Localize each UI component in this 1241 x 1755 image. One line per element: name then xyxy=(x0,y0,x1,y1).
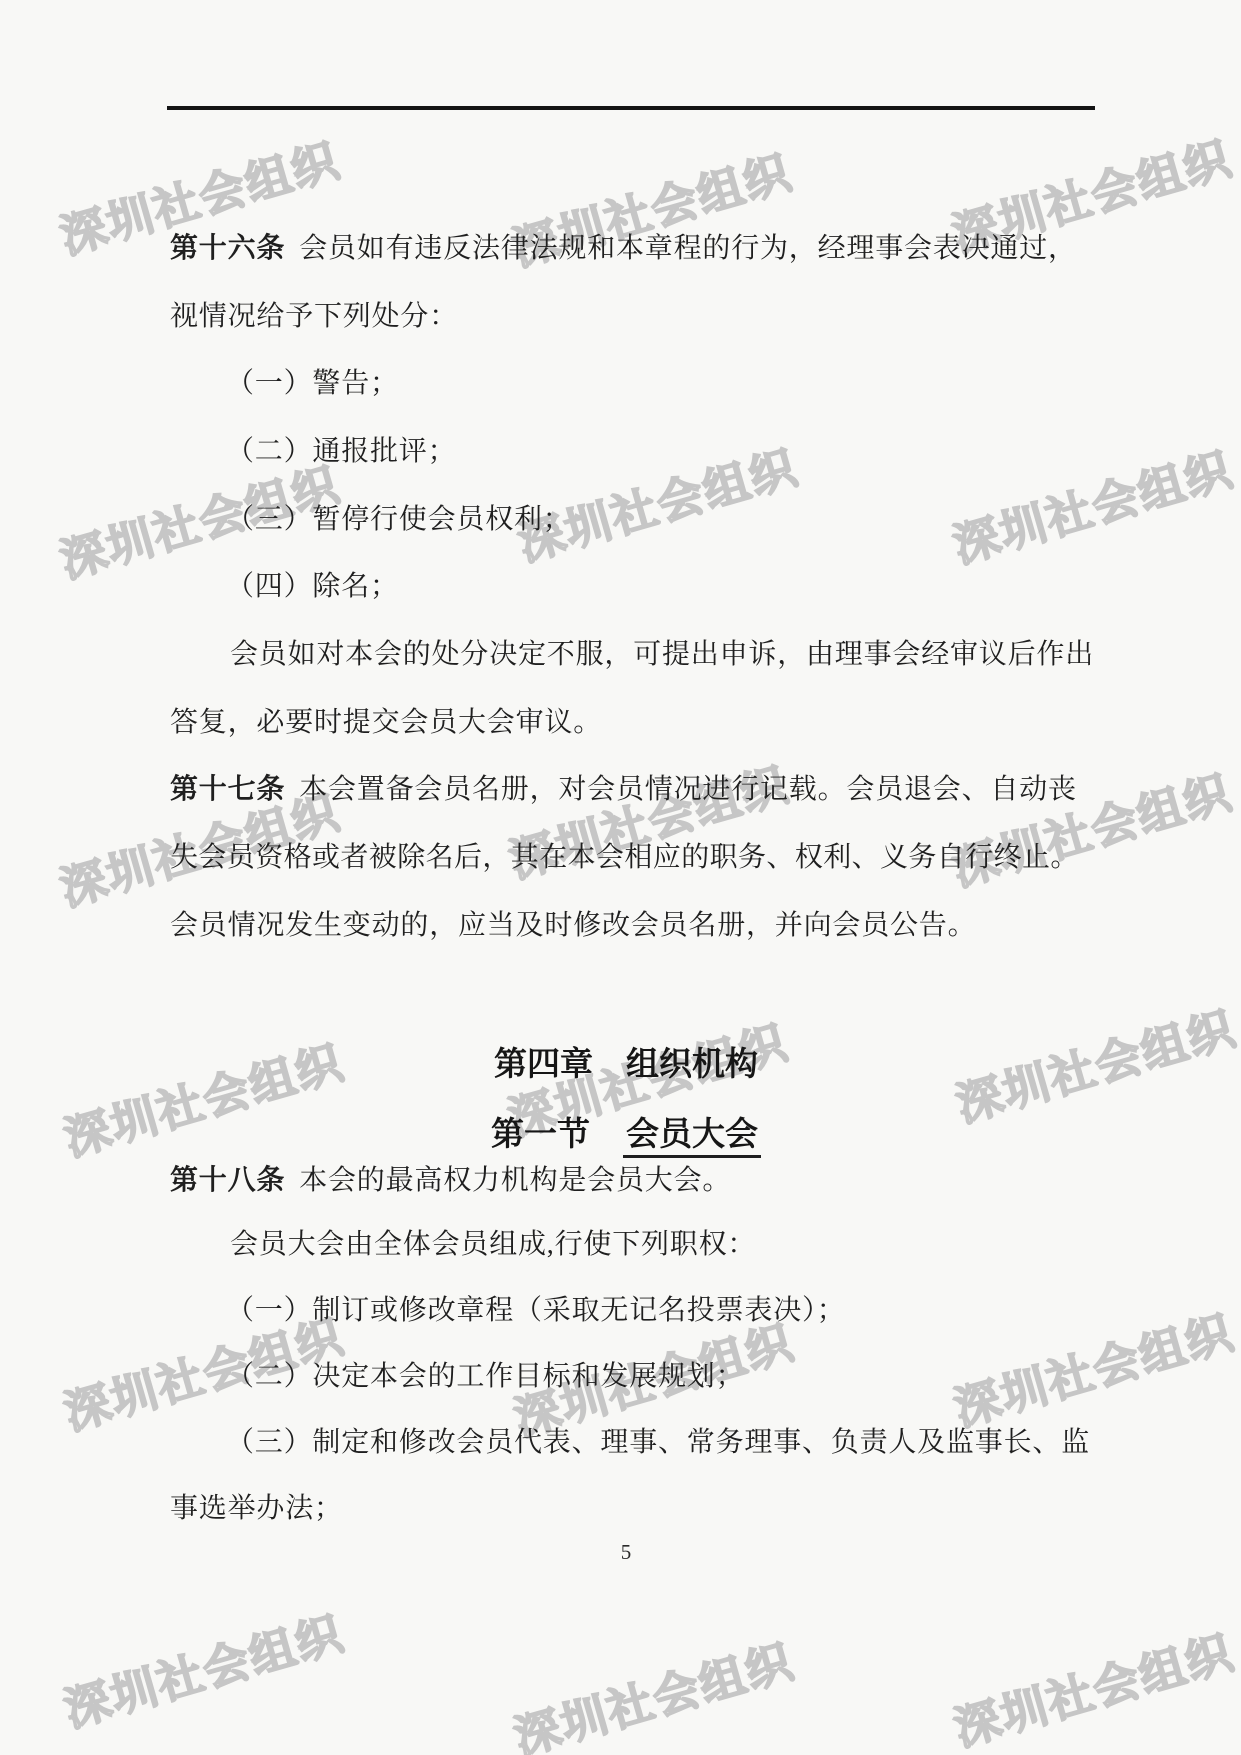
body-text: 会员情况发生变动的，应当及时修改会员名册，并向会员公告。 xyxy=(170,910,976,941)
list-item: （四）除名； xyxy=(226,564,399,600)
body-text: 事选举办法； xyxy=(170,1493,343,1524)
body-text: 答复，必要时提交会员大会审议。 xyxy=(170,707,602,738)
article-number: 第十六条 xyxy=(170,232,285,263)
body-text: （三）暂停行使会员权利； xyxy=(226,504,572,535)
article-number: 第十八条 xyxy=(170,1164,285,1195)
watermark-text: 深圳社会组织 xyxy=(509,1636,803,1755)
watermark-text: 深圳社会组织 xyxy=(949,1307,1241,1434)
body-line: 第十八条本会的最高权力机构是会员大会。 xyxy=(170,1158,731,1194)
list-item: （一）警告； xyxy=(226,361,399,397)
body-text: 本会置备会员名册，对会员情况进行记载。会员退会、自动丧 xyxy=(299,774,1077,805)
body-line: 第十七条本会置备会员名册，对会员情况进行记载。会员退会、自动丧 xyxy=(170,767,1077,803)
body-line: 视情况给予下列处分： xyxy=(170,294,458,330)
body-text: 会员如有违反法律法规和本章程的行为，经理事会表决通过， xyxy=(299,233,1077,264)
body-text: （一）制订或修改章程（采取无记名投票表决）； xyxy=(226,1295,846,1326)
body-text: 会员如对本会的处分决定不服，可提出申诉，由理事会经审议后作出 xyxy=(230,639,1094,670)
document-page: 深圳社会组织 深圳社会组织 深圳社会组织 深圳社会组织 深圳社会组织 深圳社会组… xyxy=(0,0,1241,1755)
body-text: （一）警告； xyxy=(226,368,399,399)
body-text: 失会员资格或者被除名后，其在本会相应的职务、权利、义务自行终止。 xyxy=(170,842,1079,873)
body-text: 会员大会由全体会员组成,行使下列职权： xyxy=(230,1229,756,1260)
header-rule xyxy=(167,106,1095,110)
body-text: （三）制定和修改会员代表、理事、常务理事、负责人及监事长、监 xyxy=(226,1427,1090,1458)
body-text: （二）通报批评； xyxy=(226,436,456,467)
body-text: 视情况给予下列处分： xyxy=(170,301,458,332)
body-line: 第十六条会员如有违反法律法规和本章程的行为，经理事会表决通过， xyxy=(170,226,1077,262)
body-text: 本会的最高权力机构是会员大会。 xyxy=(299,1165,731,1196)
section-heading: 第一节会员大会 xyxy=(170,1108,1082,1155)
list-item: （一）制订或修改章程（采取无记名投票表决）； xyxy=(226,1288,846,1324)
body-line: 答复，必要时提交会员大会审议。 xyxy=(170,700,602,736)
chapter-heading-text: 第四章 组织机构 xyxy=(494,1045,758,1082)
body-text: （二）决定本会的工作目标和发展规划； xyxy=(226,1361,744,1392)
list-item: （三）制定和修改会员代表、理事、常务理事、负责人及监事长、监 xyxy=(226,1420,1090,1456)
watermark-text: 深圳社会组织 xyxy=(949,1627,1241,1754)
section-title: 会员大会 xyxy=(623,1115,761,1158)
list-item: （三）暂停行使会员权利； xyxy=(226,497,572,533)
chapter-heading: 第四章 组织机构 xyxy=(170,1038,1082,1085)
watermark-text: 深圳社会组织 xyxy=(948,444,1241,571)
body-line: 会员如对本会的处分决定不服，可提出申诉，由理事会经审议后作出 xyxy=(230,632,1094,668)
body-text: （四）除名； xyxy=(226,571,399,602)
article-number: 第十七条 xyxy=(170,773,285,804)
list-item: （二）通报批评； xyxy=(226,429,456,465)
body-line: 事选举办法； xyxy=(170,1486,343,1522)
body-line: 失会员资格或者被除名后，其在本会相应的职务、权利、义务自行终止。 xyxy=(170,835,1079,871)
section-label: 第一节 xyxy=(491,1115,590,1152)
page-number: 5 xyxy=(170,1540,1082,1565)
body-line: 会员大会由全体会员组成,行使下列职权： xyxy=(230,1222,756,1258)
list-item: （二）决定本会的工作目标和发展规划； xyxy=(226,1354,744,1390)
body-line: 会员情况发生变动的，应当及时修改会员名册，并向会员公告。 xyxy=(170,903,976,939)
watermark-text: 深圳社会组织 xyxy=(59,1608,353,1735)
